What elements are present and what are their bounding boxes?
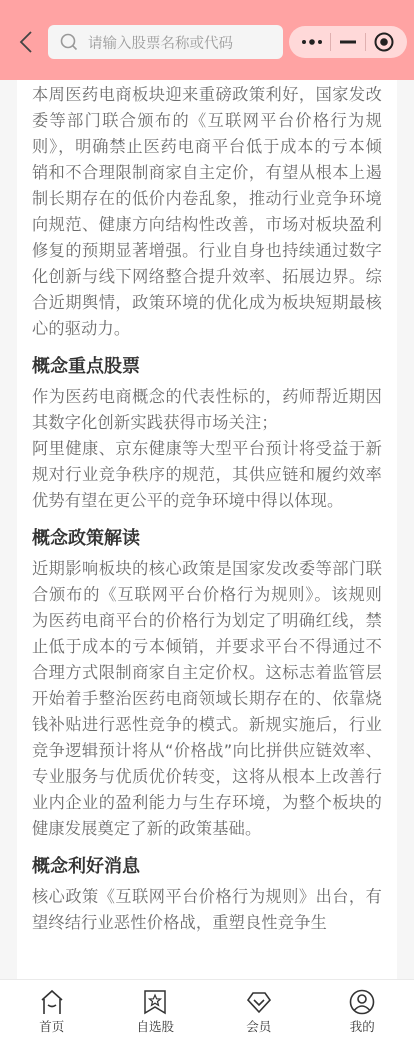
user-icon (349, 989, 375, 1015)
home-icon (39, 989, 65, 1015)
key-stocks-paragraph: 作为医药电商概念的代表性标的，药师帮近期因其数字化创新实践获得市场关注； (32, 384, 382, 436)
tab-label: 会员 (246, 1017, 271, 1035)
concept-detail-card: 本周医药电商板块迎来重磅政策利好，国家发改委等部门联合颁布的《互联网平台价格行为… (17, 80, 397, 1000)
tab-profile[interactable]: 我的 (311, 980, 414, 1039)
search-icon (60, 33, 78, 51)
search-input[interactable]: 请输入股票名称或代码 (48, 25, 283, 59)
more-button[interactable] (299, 29, 325, 55)
key-stocks-paragraph: 阿里健康、京东健康等大型平台预计将受益于新规对行业竞争秩序的规范，其供应链和履约… (32, 436, 382, 514)
mini-program-capsule (289, 26, 407, 58)
capsule-divider (365, 33, 366, 51)
capsule-divider (330, 33, 331, 51)
close-button[interactable] (371, 29, 397, 55)
target-circle-icon (374, 32, 394, 52)
minimize-icon (340, 40, 356, 44)
section-title-good-news: 概念利好消息 (32, 854, 382, 880)
tab-membership[interactable]: 会员 (207, 980, 311, 1039)
tab-watchlist[interactable]: 自选股 (104, 980, 208, 1039)
minimize-button[interactable] (335, 29, 361, 55)
intro-paragraph: 本周医药电商板块迎来重磅政策利好，国家发改委等部门联合颁布的《互联网平台价格行为… (32, 82, 382, 342)
diamond-icon (246, 989, 272, 1015)
good-news-paragraph: 核心政策《互联网平台价格行为规则》出台，有望终结行业恶性价格战，重塑良性竞争生 (32, 884, 382, 936)
bookmark-star-icon (142, 989, 168, 1015)
section-title-policy-interpretation: 概念政策解读 (32, 526, 382, 552)
tab-label: 自选股 (136, 1017, 174, 1035)
tab-home[interactable]: 首页 (0, 980, 104, 1039)
chevron-left-icon (19, 30, 33, 54)
policy-paragraph: 近期影响板块的核心政策是国家发改委等部门联合颁布的《互联网平台价格行为规则》。该… (32, 556, 382, 842)
section-title-key-stocks: 概念重点股票 (32, 354, 382, 380)
tab-label: 首页 (39, 1017, 64, 1035)
tab-label: 我的 (350, 1017, 375, 1035)
search-placeholder: 请输入股票名称或代码 (88, 32, 233, 53)
back-button[interactable] (14, 28, 38, 56)
more-dots-icon (301, 38, 323, 46)
top-nav-bar: 请输入股票名称或代码 (0, 0, 414, 80)
bottom-tab-bar: 首页 自选股 会员 我的 (0, 979, 414, 1039)
